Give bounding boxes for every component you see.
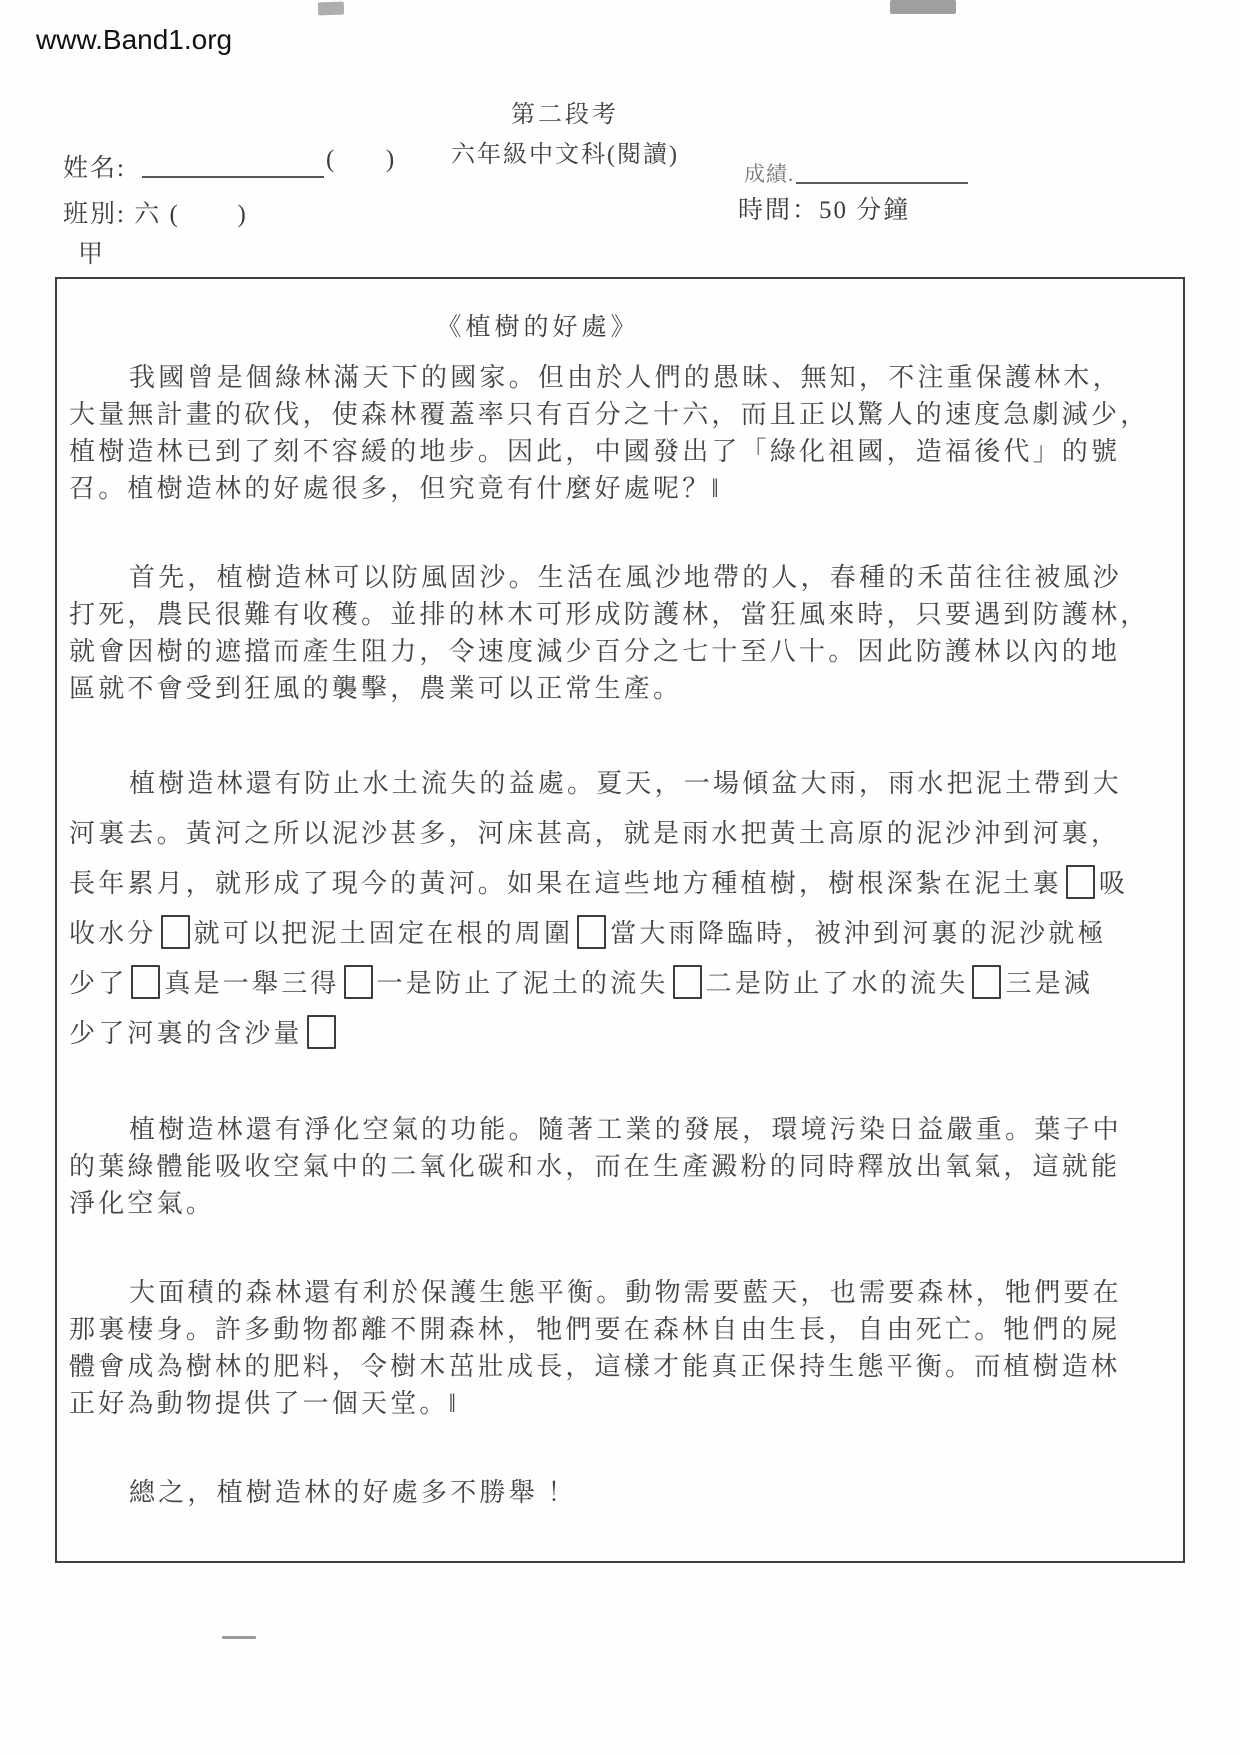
passage-line: 植樹造林還有淨化空氣的功能。隨著工業的發展，環境污染日益嚴重。葉子中 bbox=[69, 1111, 1175, 1148]
passage-line: 體會成為樹林的肥料，令樹木茁壯成長，這樣才能真正保持生態平衡。而植樹造林 bbox=[69, 1348, 1175, 1385]
time-label: 時間：50 分鐘 bbox=[738, 190, 910, 226]
passage-line: 召。植樹造林的好處很多，但究竟有什麼好處呢？‖ bbox=[69, 470, 1175, 507]
answer-box bbox=[972, 965, 1001, 999]
passage-line: 就會因樹的遮擋而產生阻力，令速度減少百分之七十至八十。因此防護林以內的地 bbox=[69, 633, 1175, 670]
answer-box bbox=[1066, 865, 1095, 899]
passage-paragraph: 植樹造林還有防止水土流失的益處。夏天，一場傾盆大雨，雨水把泥土帶到大河裏去。黃河… bbox=[69, 759, 1175, 1059]
exam-subtitle: 六年級中文科(閱讀) bbox=[400, 134, 730, 169]
name-label: 姓名: bbox=[63, 148, 126, 184]
passage-line: 總之，植樹造林的好處多不勝舉 ！ bbox=[69, 1474, 1175, 1511]
watermark: www.Band1.org bbox=[36, 24, 232, 56]
score-underline bbox=[796, 182, 968, 184]
passage-line: 植樹造林還有防止水土流失的益處。夏天，一場傾盆大雨，雨水把泥土帶到大 bbox=[69, 759, 1175, 809]
passage-line: 大面積的森林還有利於保護生態平衡。動物需要藍天，也需要森林，牠們要在 bbox=[69, 1274, 1175, 1311]
section-label: 甲 bbox=[78, 234, 103, 270]
answer-box bbox=[307, 1015, 336, 1049]
passage-line: 河裏去。黃河之所以泥沙甚多，河床甚高，就是雨水把黃土高原的泥沙沖到河裏， bbox=[69, 809, 1175, 859]
scan-artifact bbox=[890, 0, 956, 14]
passage-paragraph: 總之，植樹造林的好處多不勝舉 ！ bbox=[69, 1474, 1175, 1511]
scan-artifact bbox=[318, 2, 344, 16]
answer-box bbox=[161, 915, 190, 949]
passage-line: 植樹造林已到了刻不容緩的地步。因此，中國發出了「綠化祖國，造福後代」的號 bbox=[69, 433, 1175, 470]
passage-line: 長年累月，就形成了現今的黃河。如果在這些地方種植樹，樹根深紮在泥土裏吸 bbox=[69, 859, 1175, 909]
score-label: 成績. bbox=[744, 158, 794, 188]
passage-line: 正好為動物提供了一個天堂。‖ bbox=[69, 1385, 1175, 1422]
name-paren: ( ) bbox=[326, 146, 396, 174]
passage-line: 首先，植樹造林可以防風固沙。生活在風沙地帶的人，春種的禾苗往往被風沙 bbox=[69, 559, 1175, 596]
passage-line: 少了真是一舉三得一是防止了泥土的流失二是防止了水的流失三是減 bbox=[69, 959, 1175, 1009]
exam-title: 第二段考 bbox=[400, 94, 730, 129]
passage-line: 的葉綠體能吸收空氣中的二氧化碳和水，而在生產澱粉的同時釋放出氧氣，這就能 bbox=[69, 1148, 1175, 1185]
passage-paragraph: 大面積的森林還有利於保護生態平衡。動物需要藍天，也需要森林，牠們要在那裏棲身。許… bbox=[69, 1274, 1175, 1422]
passage-line: 收水分就可以把泥土固定在根的周圍當大雨降臨時，被沖到河裏的泥沙就極 bbox=[69, 909, 1175, 959]
answer-box bbox=[673, 965, 702, 999]
passage-line: 那裏棲身。許多動物都離不開森林，牠們要在森林自由生長，自由死亡。牠們的屍 bbox=[69, 1311, 1175, 1348]
passage-line: 少了河裏的含沙量 bbox=[69, 1009, 1175, 1059]
passage-line: 區就不會受到狂風的襲擊，農業可以正常生產。 bbox=[69, 670, 1175, 707]
name-underline bbox=[142, 176, 324, 178]
passage-line: 打死，農民很難有收穫。並排的林木可形成防護林，當狂風來時，只要遇到防護林， bbox=[69, 596, 1175, 633]
passage-line: 淨化空氣。 bbox=[69, 1185, 1175, 1222]
answer-box bbox=[131, 965, 160, 999]
passage-line: 大量無計畫的砍伐，使森林覆蓋率只有百分之十六，而且正以驚人的速度急劇減少， bbox=[69, 396, 1175, 433]
passage-paragraph: 植樹造林還有淨化空氣的功能。隨著工業的發展，環境污染日益嚴重。葉子中的葉綠體能吸… bbox=[69, 1111, 1175, 1222]
answer-box bbox=[344, 965, 373, 999]
class-label: 班別: 六 ( ) bbox=[63, 194, 248, 230]
answer-box bbox=[577, 915, 606, 949]
passage-line: 我國曾是個綠林滿天下的國家。但由於人們的愚昧、無知，不注重保護林木， bbox=[69, 359, 1175, 396]
passage-paragraph: 首先，植樹造林可以防風固沙。生活在風沙地帶的人，春種的禾苗往往被風沙打死，農民很… bbox=[69, 559, 1175, 707]
passage-box: 《植樹的好處》 我國曾是個綠林滿天下的國家。但由於人們的愚昧、無知，不注重保護林… bbox=[55, 277, 1185, 1563]
passage-title: 《植樹的好處》 bbox=[0, 313, 1091, 343]
exam-header: 第二段考 六年級中文科(閱讀) bbox=[400, 94, 730, 169]
scanned-exam-page: www.Band1.org 第二段考 六年級中文科(閱讀) 姓名: ( ) 成績… bbox=[0, 0, 1240, 1754]
scan-artifact bbox=[222, 1636, 256, 1639]
passage-body: 我國曾是個綠林滿天下的國家。但由於人們的愚昧、無知，不注重保護林木，大量無計畫的… bbox=[69, 359, 1175, 1511]
passage-paragraph: 我國曾是個綠林滿天下的國家。但由於人們的愚昧、無知，不注重保護林木，大量無計畫的… bbox=[69, 359, 1175, 507]
